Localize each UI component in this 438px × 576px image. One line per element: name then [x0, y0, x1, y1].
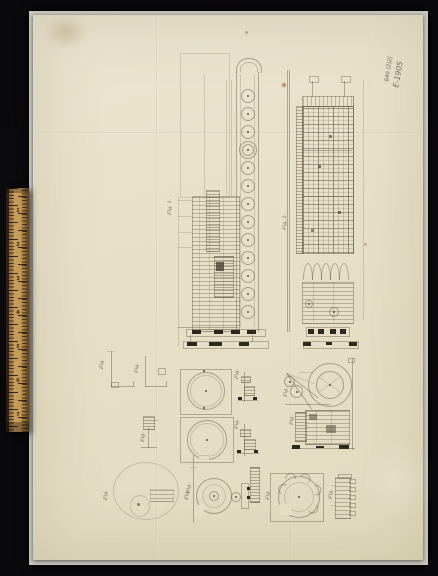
stain: [43, 15, 89, 49]
foxing-spot: [245, 31, 248, 34]
paper-sheen: [363, 435, 433, 525]
fold-crease: [369, 15, 371, 140]
ruler-number: 3: [14, 276, 22, 282]
foxing-spot: [364, 243, 367, 246]
ruler-number: 2: [14, 242, 22, 248]
fig1-label: Fig. 1.: [167, 201, 173, 215]
ruler-number: 7: [14, 412, 22, 418]
wooden-ruler: 1 2 3 4 5 6 7: [6, 188, 29, 432]
ruler-top-cap: [6, 188, 29, 193]
ruler-number: 6: [14, 378, 22, 384]
photograph-of-engineering-drawing: Fig. 1.: [0, 0, 438, 576]
fig2-label: Fig. 2.: [282, 216, 288, 230]
ruler-number: 1: [14, 208, 22, 214]
ruler-number: 4: [14, 310, 22, 316]
ruler-number: 5: [14, 344, 22, 350]
drawing-sheet: Fig. 1.: [33, 15, 423, 560]
ruler-bottom-cap: [6, 422, 29, 432]
